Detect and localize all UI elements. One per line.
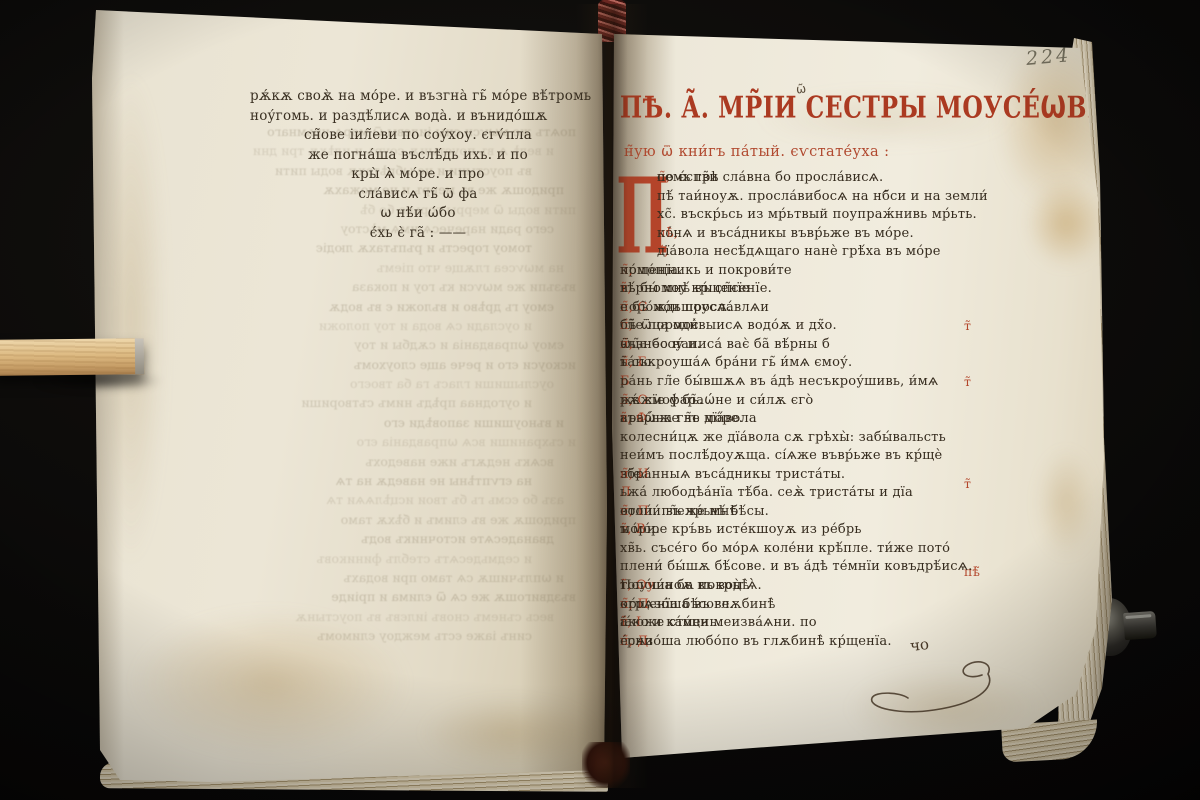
text-segment: пѣ́ таи́ноуѫ. просла́вибосѧ на нб̃си и н… bbox=[657, 189, 988, 204]
right-page-body-text: оемь гв̃и сла́вна бо просла́висѧ. п̃, по… bbox=[620, 170, 1030, 652]
manuscript-line: сн̃ове іил̃еви по соу́хоу. єгѵ́пла bbox=[250, 127, 586, 147]
bleedthrough-line: синъ іаже єсть междоу єлимомъ bbox=[220, 628, 576, 647]
manuscript-line: грѧзо́ша любо́по въ глѫбинѣ̀ кр́щенїа. п… bbox=[620, 634, 1030, 653]
manuscript-line: Льжа́ любодѣа́нїа тѣ́ба. сеѫ̀ триста́ты … bbox=[620, 485, 1030, 504]
manuscript-line: рѫ́кѫ своѫ̀ на мо́ре. и възгна̀ гь̃ мо́р… bbox=[250, 88, 586, 108]
manuscript-line: въвр́ьже въ мо́ре. т̃, Фараѡ́на гл̃е дїа… bbox=[620, 411, 1030, 430]
manuscript-line: кр́щенїа. п̃, помо́щникь и покрови́те bbox=[620, 263, 1030, 282]
manuscript-line: хс̃. въскр́ьсь из мр́ьтвый поупраж́нивь … bbox=[620, 207, 1030, 226]
bleedthrough-line: и въноушиши заповѣди єго bbox=[220, 415, 576, 434]
manuscript-line: мо́ри. т̃, Въ мо́ре кръ́вь исте́кшоуѫ из… bbox=[620, 522, 1030, 541]
text-segment: ко́нѧ и въса́дникы въвр́ьже въ мо́ре. bbox=[657, 226, 914, 241]
text-segment: а́коже сто́ци меизва́ѧни. по bbox=[620, 615, 817, 630]
left-page-ending-text: рѫ́кѫ своѫ̀ на мо́ре. и възгна̀ гь̃ мо́р… bbox=[250, 88, 586, 244]
text-segment: вѣ́рномоу кр́щенїе bbox=[620, 281, 750, 296]
wooden-pointer bbox=[0, 338, 144, 376]
text-segment: огрѧзо́ша въ глѫбинѣ̀ bbox=[620, 597, 776, 612]
bleedthrough-line: ємоу гь дрѣво и въложи є въ водѫ bbox=[220, 299, 576, 318]
text-segment: ьжа́ любодѣа́нїа тѣ́ба. сеѫ̀ триста́ты и… bbox=[620, 485, 913, 500]
manuscript-line: ноу́гомь. и раздѣ́лисѧ вода̀. и вънидо́ш… bbox=[250, 108, 586, 128]
bleedthrough-line: възъпи же мѡѵси къ гоу и показа bbox=[220, 279, 576, 298]
bleedthrough-line: искоуси єго и рече аще слоухомъ bbox=[220, 357, 576, 376]
manuscript-line: кры̀ ѧ̀ мо́ре. и про bbox=[250, 166, 586, 186]
bleedthrough-line: дванадесѧте источникъ водъ bbox=[220, 531, 576, 550]
manuscript-line: неи́мъ послѣ́доуѫща. сі́ѧже въвр́ьже въ … bbox=[620, 448, 1030, 467]
clasp-tongue bbox=[1123, 611, 1157, 640]
text-segment: збра́нныѧ въса́дникы триста́ты. bbox=[620, 467, 845, 482]
text-segment: ь̃ съкроуша́ѧ бра́ни гь̃ и́мѧ ємоу́. bbox=[620, 355, 852, 370]
bleedthrough-line: ємоу ѡправданіа и сѫдбы и тоу bbox=[220, 337, 576, 356]
bleedthrough-line: азъ бо єсмь гь бъ твои исцѣлѧѧи тѧ bbox=[220, 492, 576, 511]
bleedthrough-line: всѧкъ недѫгъ иже наведохъ bbox=[220, 454, 576, 473]
manuscript-line: же погна́ша въслѣ́дь ихь. и по bbox=[250, 147, 586, 167]
text-segment: помо́щникь и покрови́те bbox=[620, 263, 792, 278]
text-segment: топо́ша бо въ водѣ̀ bbox=[620, 578, 749, 593]
manuscript-line: воли́. гл̃еже нѣ́ бѣ́сы. п̃, Потопи́ въ … bbox=[620, 504, 1030, 523]
text-segment: бъ̃ ѿца моє̀ bbox=[620, 318, 699, 333]
manuscript-line: оемь гв̃и сла́вна бо просла́висѧ. п̃, по… bbox=[620, 170, 1030, 189]
text-segment: е бъ̃ мо́и просла́влѧи bbox=[620, 300, 769, 315]
text-segment: ъ мо́ре кръ́вь исте́кшоуѫ из ре́брь bbox=[620, 522, 862, 537]
manuscript-line: кр́щенїа бѣ́сове. п̃, Погрѧзо́ша въ глѫб… bbox=[620, 597, 1030, 616]
text-segment: по є́спрѣ bbox=[657, 170, 719, 185]
manuscript-photo: поѧтъ же мѡѵси сны іилєвы ѿ морѧ чрьмнаг… bbox=[0, 0, 1200, 800]
manuscript-line: хв̃ь. съсе́го бо мо́рѧ коле́ни крѣ́пле. … bbox=[620, 541, 1030, 560]
text-segment: неи́мъ послѣ́доуѫща. сі́ѧже въвр́ьже въ … bbox=[620, 448, 942, 463]
text-segment: колесни́цѫ же дїа́вола сѫ грѣхы̀: забы́в… bbox=[620, 430, 946, 445]
manuscript-line: сла́висѧ гь̃ ѿ фа bbox=[250, 186, 586, 206]
bleedthrough-line: и съхраниши всѧ ѡправданіа єго bbox=[220, 434, 576, 453]
bleedthrough-line: на мѡѵсеа глѫще что піемъ bbox=[220, 260, 576, 279]
stain bbox=[1026, 178, 1106, 268]
manuscript-line: колесни́цѫ же дїа́вола сѫ грѣхы̀: забы́в… bbox=[620, 430, 1030, 449]
manuscript-line: ѡ нѣ́и ѡ́бо bbox=[250, 205, 586, 225]
rubric-heading-line-1: ПѢ. А̃. МР̃ІИ СЕСТРЫ МОУСЕ́ѠВЫ bbox=[620, 90, 1116, 126]
bleedthrough-line: и оугоднаа прѣдъ нимъ сътвориши bbox=[220, 395, 576, 414]
bleedthrough-line: въздвигошѫ же сѧ ѿ єлима и пріиде bbox=[220, 589, 576, 608]
bleedthrough-line: придошѫ же въ єлимъ и бѣхѫ тамо bbox=[220, 512, 576, 531]
right-page: 224 ѡ̃ ПѢ. А̃. МР̃ІИ СЕСТРЫ МОУСЕ́ѠВЫ н̃… bbox=[606, 28, 1106, 760]
text-segment: дїа́вола несѣ́дѧщаго нанѐ грѣ́ха въ мо́р… bbox=[657, 244, 941, 259]
manuscript-line: пѣ́ таи́ноуѫ. просла́вибосѧ на нб̃си и н… bbox=[620, 189, 1030, 208]
manuscript-line: Поучи́ноѫ покры̀ ѧ̀. т̃, Оутопо́ша бо въ… bbox=[620, 578, 1030, 597]
manuscript-line: Бра́нь гл̃е бы́вшѫѧ въ а́дѣ несъкроу́шив… bbox=[620, 374, 1030, 393]
bleedthrough-line: и седмьдесѧтъ стеблъ финиковъ bbox=[220, 551, 576, 570]
left-page: поѧтъ же мѡѵси сны іилєвы ѿ морѧ чрьмнаг… bbox=[90, 8, 610, 788]
text-segment: ѿц̃а бо написа́ ває̀ ба̃ вѣ́рны б bbox=[620, 337, 830, 352]
stain bbox=[1036, 448, 1096, 558]
text-segment: рѫ́жїе фараѡ́не и си́лѫ єго̀ bbox=[620, 393, 813, 408]
manuscript-line: є́хь є̀ га̃ : —— bbox=[250, 225, 586, 245]
manuscript-line: поро́ждьшоусѧ. п̃, Се бъ̃ мо́и просла́вл… bbox=[620, 300, 1030, 319]
text-segment: хв̃ь. съсе́го бо мо́рѧ коле́ни крѣ́пле. … bbox=[620, 541, 950, 556]
manuscript-line: плени́ бы́шѫ бѣ́сове. и въ а́дѣ те́мнїи … bbox=[620, 559, 1030, 578]
bleedthrough-line: весь сънемъ сновъ іилєвъ въ поустынѫ bbox=[220, 609, 576, 628]
folio-number: 224 bbox=[1025, 44, 1072, 70]
bleedthrough-line: оуслышиши гласъ га ба твоєго bbox=[220, 376, 576, 395]
bleedthrough-line: и оуслади сѧ вода и тоу положи bbox=[220, 318, 576, 337]
manuscript-line: же ємоу́ бъ̃. п̃, Орѫ́жїе фараѡ́не и си́… bbox=[620, 393, 1030, 412]
manuscript-line: нїе. п̃, Избра́нныѧ въса́дникы триста́ты… bbox=[620, 467, 1030, 486]
manuscript-line: та́ко. п̃, Гь̃ съкроуша́ѧ бра́ни гь̃ и́м… bbox=[620, 355, 1030, 374]
manuscript-line: ль бы́ мнѣ́ въ сп̃сенїе. т̃, вѣ́рномоу к… bbox=[620, 281, 1030, 300]
spine-tail bbox=[582, 742, 630, 788]
manuscript-line: т̃, дїа́вола несѣ́дѧщаго нанѐ грѣ́ха въ … bbox=[620, 244, 1030, 263]
text-segment: е́сни bbox=[620, 634, 653, 649]
text-segment: грѧзо́ша любо́по въ глѫбинѣ̀ кр́щенїа. bbox=[620, 634, 892, 649]
text-segment: араѡ́на гл̃е дїа́вола bbox=[620, 411, 757, 426]
manuscript-line: пѣ̀, ко́нѧ и въса́дникы въвр́ьже въ мо́р… bbox=[620, 226, 1030, 245]
pen-flourish-icon bbox=[856, 648, 1016, 722]
text-segment: отопи́ въ чр́ьмнѣ bbox=[620, 504, 738, 519]
bleedthrough-line: и ѡплъчишѫ сѧ тамо при водахъ bbox=[220, 570, 576, 589]
text-segment: ра́нь гл̃е бы́вшѫѧ въ а́дѣ несъкроу́шивь… bbox=[620, 374, 938, 389]
bleedthrough-line: на єгѵптѣны не наведѫ на тѧ bbox=[220, 473, 576, 492]
manuscript-line: іа́ко и ка́мень. т̃, Іа́коже сто́ци меиз… bbox=[620, 615, 1030, 634]
manuscript-line: възнесоу́ и. п̃, ѿц̃а бо написа́ ває̀ ба… bbox=[620, 337, 1030, 356]
text-segment: плени́ бы́шѫ бѣ́сове. и въ а́дѣ те́мнїи … bbox=[620, 559, 973, 574]
manuscript-line: гл̃е породи́выисѧ водо́ѫ и дх̃о. п̃, бъ̃… bbox=[620, 318, 1030, 337]
text-segment: хс̃. въскр́ьсь из мр́ьтвый поупраж́нивь … bbox=[657, 207, 977, 222]
